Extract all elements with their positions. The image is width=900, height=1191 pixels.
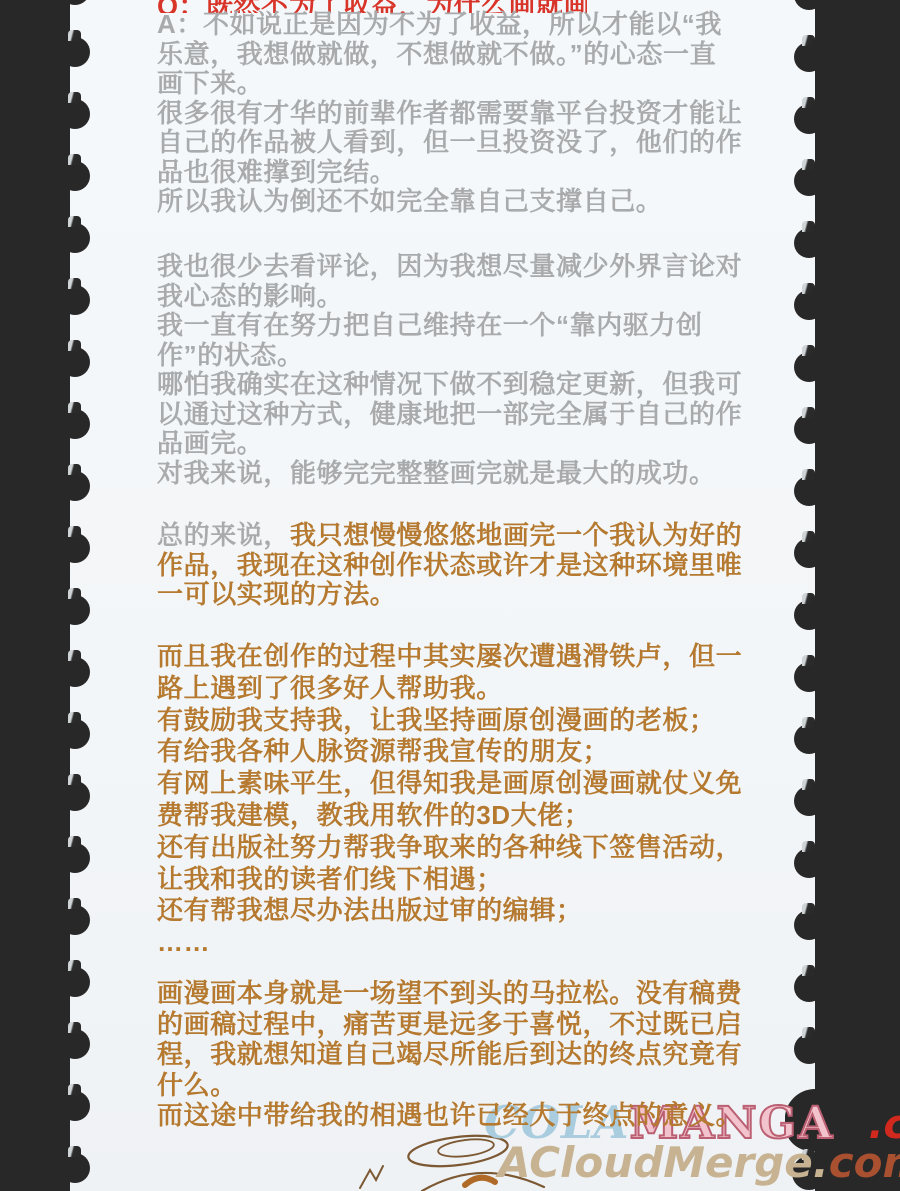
text-line: 哪怕我确实在这种情况下做不到稳定更新，但我可 — [157, 370, 747, 400]
watermark-acloud-text: ACloudMerge. — [498, 1138, 829, 1187]
right-perforation-bump — [794, 1034, 824, 1064]
perforation-notch — [68, 650, 81, 661]
perforation-notch — [68, 464, 81, 475]
perforation-notch — [68, 1084, 81, 1095]
perforation-notch — [802, 283, 815, 294]
perforation-notch — [68, 1022, 81, 1033]
left-perforation-bump — [60, 347, 90, 377]
answer-block-1: A：不如说正是因为不为了收益，所以才能以“我乐意，我想做就做，不想做就不做。”的… — [157, 10, 747, 217]
qa-text-column: Q：既然不为了收益，为什么画就画的这么久？ A：不如说正是因为不为了收益，所以才… — [157, 0, 747, 13]
perforation-notch — [68, 836, 81, 847]
text-line: 费帮我建模，教我用软件的3D大佬； — [157, 800, 747, 832]
perforation-notch — [68, 526, 81, 537]
left-perforation-bump — [60, 471, 90, 501]
text-line: A：不如说正是因为不为了收益，所以才能以“我 — [157, 10, 747, 40]
text-line: 我一直有在努力把自己维持在一个“靠内驱力创 — [157, 311, 747, 341]
left-perforation-bump — [60, 657, 90, 687]
left-perforation-bump — [60, 1029, 90, 1059]
right-perforation-bump — [794, 538, 824, 568]
perforation-notch — [68, 154, 81, 165]
text-line: 作”的状态。 — [157, 341, 747, 371]
text-line: 很多很有才华的前辈作者都需要靠平台投资才能让 — [157, 99, 747, 129]
perforation-notch — [802, 345, 815, 356]
text-line: 品也很难撑到完结。 — [157, 158, 747, 188]
right-perforation-bump — [794, 290, 824, 320]
right-perforation-bump — [794, 228, 824, 258]
left-perforation-bump — [60, 967, 90, 997]
perforation-notch — [68, 92, 81, 103]
perforation-notch — [802, 779, 815, 790]
perforation-notch — [802, 407, 815, 418]
right-perforation-bump — [794, 972, 824, 1002]
text-line: 作品，我现在这种创作状态或许才是这种环境里唯 — [157, 551, 747, 581]
perforation-notch — [802, 593, 815, 604]
text-segment: 总的来说， — [157, 520, 290, 550]
perforation-notch — [802, 841, 815, 852]
text-line: 程，我就想知道自己竭尽所能后到达的终点究竟有 — [157, 1039, 747, 1070]
text-line: 而且我在创作的过程中其实屡次遭遇滑铁卢，但一 — [157, 641, 747, 673]
text-line: 以通过这种方式，健康地把一部完全属于自己的作 — [157, 400, 747, 430]
text-line: 总的来说，我只想慢慢悠悠地画完一个我认为好的 — [157, 521, 747, 551]
text-line: 路上遇到了很多好人帮助我。 — [157, 673, 747, 705]
answer-block-4: 而且我在创作的过程中其实屡次遭遇滑铁卢，但一路上遇到了很多好人帮助我。有鼓励我支… — [157, 641, 747, 959]
text-line: 画漫画本身就是一场望不到头的马拉松。没有稿费 — [157, 978, 747, 1009]
right-perforation-bump — [794, 414, 824, 444]
right-perforation-bump — [794, 786, 824, 816]
text-line: 一可以实现的方法。 — [157, 580, 747, 610]
left-perforation-bump — [60, 99, 90, 129]
watermark-acloud-com-text: com — [829, 1138, 900, 1187]
text-line: 画下来。 — [157, 69, 747, 99]
text-line: 什么。 — [157, 1070, 747, 1101]
perforation-notch — [68, 340, 81, 351]
perforation-notch — [802, 531, 815, 542]
perforation-notch — [802, 469, 815, 480]
right-perforation-bump — [794, 42, 824, 72]
text-line: 对我来说，能够完完整整画完就是最大的成功。 — [157, 459, 747, 489]
right-perforation-bump — [794, 600, 824, 630]
perforation-notch — [68, 960, 81, 971]
left-perforation-bump — [60, 409, 90, 439]
answer-block-5: 画漫画本身就是一场望不到头的马拉松。没有稿费的画稿过程中，痛苦更是远多于喜悦，不… — [157, 978, 747, 1131]
left-perforation-bump — [60, 719, 90, 749]
perforation-notch — [802, 35, 815, 46]
left-perforation-bump — [60, 843, 90, 873]
perforation-notch — [802, 221, 815, 232]
perforation-notch — [68, 216, 81, 227]
text-line: 而这途中带给我的相遇也许已经大于终点的意义。 — [157, 1100, 747, 1131]
left-perforation-bump — [60, 781, 90, 811]
right-perforation-bump — [794, 352, 824, 382]
left-perforation-bump — [60, 285, 90, 315]
text-line: 有给我各种人脉资源帮我宣传的朋友； — [157, 736, 747, 768]
watermark-acloudmerge: ACloudMerge.com — [498, 1138, 900, 1187]
left-perforation-bump — [60, 223, 90, 253]
left-perforation-bump — [60, 37, 90, 67]
right-border-band — [815, 0, 900, 1191]
right-perforation-bump — [794, 166, 824, 196]
right-perforation-bump — [794, 662, 824, 692]
right-perforation-bump — [794, 104, 824, 134]
answer-block-2: 我也很少去看评论，因为我想尽量减少外界言论对我心态的影响。我一直有在努力把自己维… — [157, 252, 747, 488]
text-segment: 我只想慢慢悠悠地画完一个我认为好的 — [290, 520, 742, 550]
left-perforation-bump — [60, 595, 90, 625]
perforation-notch — [68, 774, 81, 785]
text-line: 还有出版社努力帮我争取来的各种线下签售活动， — [157, 832, 747, 864]
perforation-notch — [68, 402, 81, 413]
perforation-notch — [802, 965, 815, 976]
text-line: 有网上素味平生，但得知我是画原创漫画就仗义免 — [157, 768, 747, 800]
perforation-notch — [802, 159, 815, 170]
left-perforation-bump — [60, 161, 90, 191]
perforation-notch — [68, 588, 81, 599]
left-perforation-bump — [60, 905, 90, 935]
text-line: 还有帮我想尽办法出版过审的编辑； — [157, 895, 747, 927]
perforation-notch — [68, 712, 81, 723]
text-line: 有鼓励我支持我，让我坚持画原创漫画的老板； — [157, 705, 747, 737]
text-line: 让我和我的读者们线下相遇； — [157, 864, 747, 896]
text-line: 的画稿过程中，痛苦更是远多于喜悦，不过既已启 — [157, 1009, 747, 1040]
perforation-notch — [68, 898, 81, 909]
perforation-notch — [68, 278, 81, 289]
text-line: 我也很少去看评论，因为我想尽量减少外界言论对 — [157, 252, 747, 282]
sketch-hair-stroke — [465, 1178, 495, 1185]
answer-block-3: 总的来说，我只想慢慢悠悠地画完一个我认为好的作品，我现在这种创作状态或许才是这种… — [157, 521, 747, 610]
perforation-notch — [802, 655, 815, 666]
text-line: …… — [157, 927, 747, 959]
text-line: 我心态的影响。 — [157, 282, 747, 312]
perforation-notch — [802, 1027, 815, 1038]
perforation-notch — [802, 97, 815, 108]
left-perforation-bump — [60, 1091, 90, 1121]
text-line: 乐意，我想做就做，不想做就不做。”的心态一直 — [157, 40, 747, 70]
comic-page: Q：既然不为了收益，为什么画就画的这么久？ A：不如说正是因为不为了收益，所以才… — [0, 0, 900, 1191]
perforation-notch — [68, 1146, 81, 1157]
perforation-notch — [68, 30, 81, 41]
left-perforation-bump — [60, 533, 90, 563]
right-perforation-bump — [794, 910, 824, 940]
right-perforation-bump — [794, 476, 824, 506]
perforation-notch — [802, 717, 815, 728]
perforation-notch — [802, 903, 815, 914]
right-perforation-bump — [794, 724, 824, 754]
text-line: 所以我认为倒还不如完全靠自己支撑自己。 — [157, 187, 747, 217]
right-perforation-bump — [794, 848, 824, 878]
text-line: 自己的作品被人看到，但一旦投资没了，他们的作 — [157, 128, 747, 158]
text-line: 品画完。 — [157, 429, 747, 459]
left-perforation-bump — [60, 1153, 90, 1183]
